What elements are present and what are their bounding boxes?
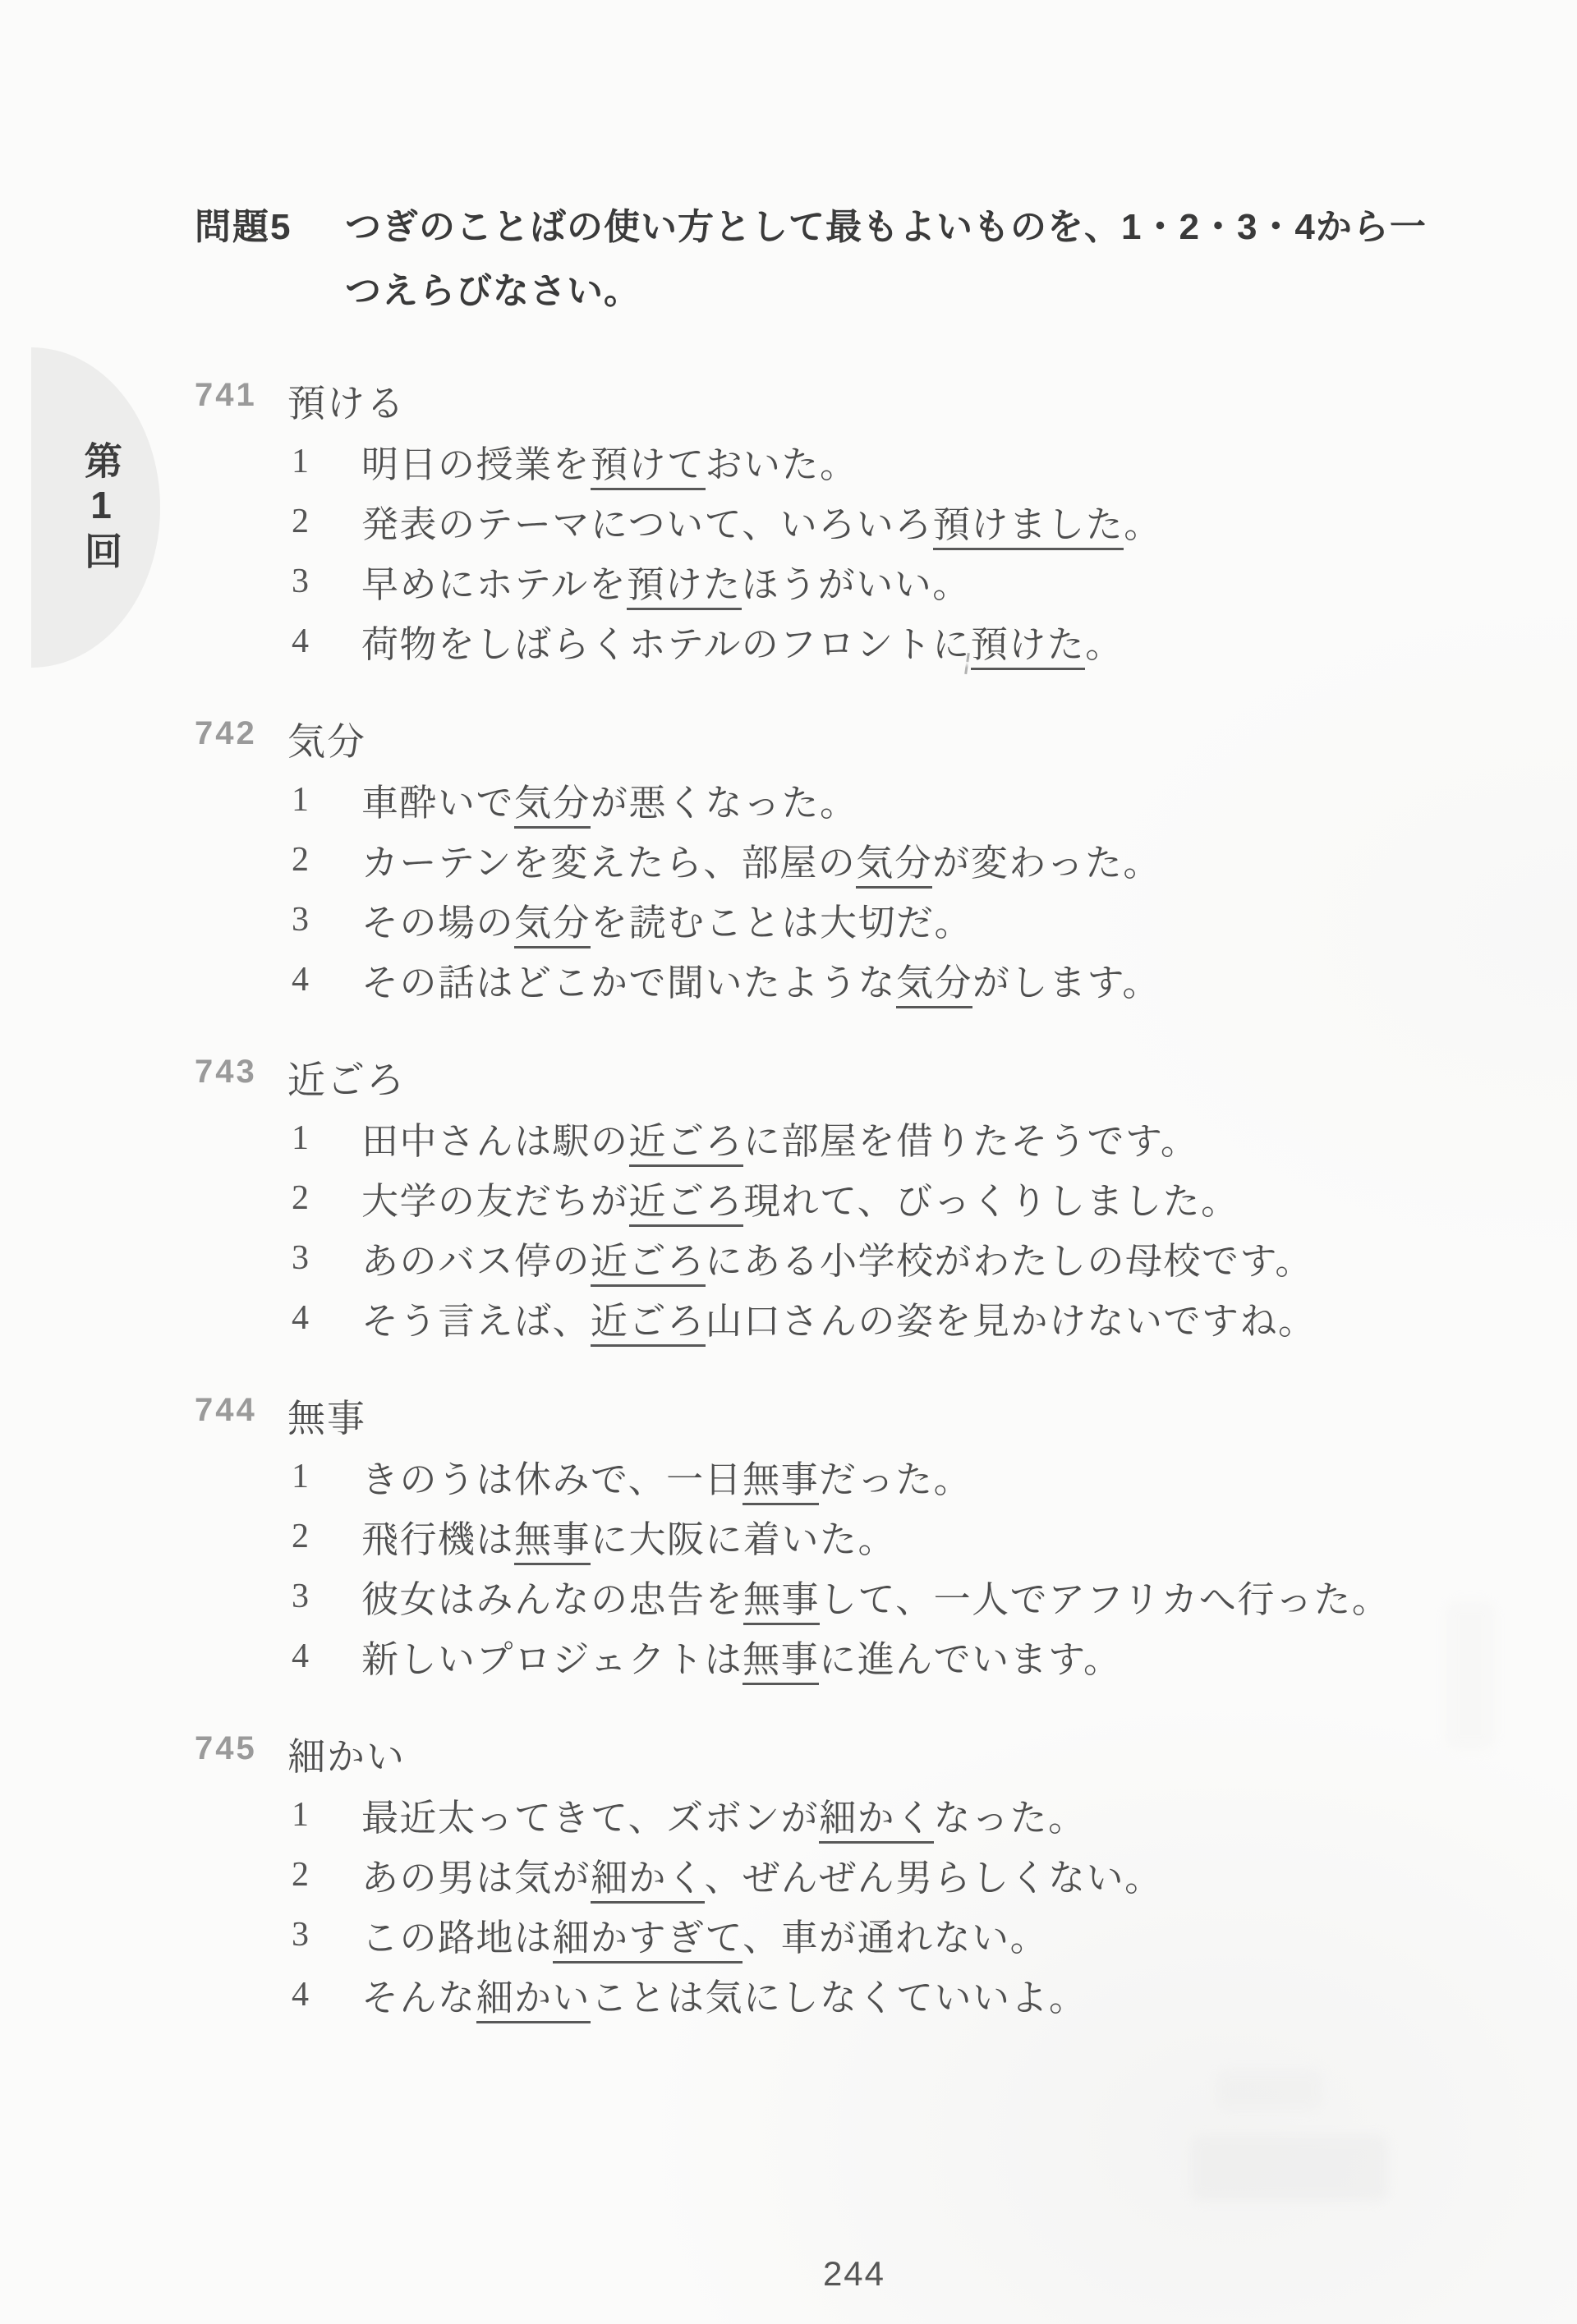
- option-pre: 彼女はみんなの忠告を: [361, 1579, 743, 1620]
- option-post: して、一人でアフリカへ行った。: [820, 1579, 1390, 1620]
- question-number: 745: [195, 1727, 287, 1767]
- answer-option: 3 彼女はみんなの忠告を無事して、一人でアフリカへ行った。: [195, 1566, 1509, 1626]
- question-block: 741 預ける 1 明日の授業を預けておいた。 2 発表のテーマについて、いろい…: [195, 374, 1509, 671]
- option-post: が悪くなった。: [591, 783, 858, 824]
- option-post: 、車が通れない。: [743, 1918, 1048, 1959]
- question-head: 741 預ける: [195, 374, 1509, 431]
- answer-option: 1 きのうは休みで、一日無事だった。: [195, 1446, 1509, 1506]
- answer-option: 4 そんな細かいことは気にしなくていいよ。: [195, 1964, 1509, 2024]
- option-post: にある小学校がわたしの母校です。: [706, 1241, 1313, 1282]
- option-number: 2: [292, 1517, 361, 1556]
- option-post: が変わった。: [932, 843, 1161, 884]
- option-post: に部屋を借りたそうです。: [743, 1121, 1198, 1162]
- option-pre: そう言えば、: [361, 1301, 591, 1342]
- question-number: 744: [195, 1389, 287, 1429]
- option-post: 山口さんの姿を見かけないですね。: [706, 1301, 1317, 1342]
- question-word: 預ける: [287, 374, 406, 428]
- option-pre: 車酔いで: [361, 783, 514, 824]
- option-pre: 荷物をしばらくホテルのフロントに: [361, 624, 971, 665]
- option-sentence: 早めにホテルを預けたほうがいい。: [361, 554, 971, 608]
- option-post: だった。: [819, 1459, 972, 1500]
- option-list: 1 田中さんは駅の近ごろに部屋を借りたそうです。 2 大学の友だちが近ごろ現れて…: [195, 1108, 1509, 1348]
- answer-option: 2 大学の友だちが近ごろ現れて、びっくりしました。: [195, 1168, 1509, 1228]
- option-target-word: 預けて: [591, 444, 706, 490]
- question-word: 無事: [287, 1389, 366, 1443]
- question-block: 744 無事 1 きのうは休みで、一日無事だった。 2 飛行機は無事に大阪に着い…: [195, 1389, 1509, 1686]
- option-target-word: 預けた: [627, 564, 742, 610]
- question-head: 745 細かい: [195, 1727, 1509, 1784]
- option-sentence: 飛行機は無事に大阪に着いた。: [361, 1509, 896, 1563]
- question-number: 743: [195, 1050, 287, 1091]
- option-pre: その話はどこかで聞いたような: [361, 962, 896, 1004]
- option-sentence: そう言えば、近ごろ山口さんの姿を見かけないですね。: [361, 1291, 1317, 1344]
- option-sentence: 彼女はみんなの忠告を無事して、一人でアフリカへ行った。: [361, 1569, 1390, 1623]
- option-sentence: 荷物をしばらくホテルのフロントに預けた。: [361, 614, 1124, 668]
- option-target-word: 無事: [743, 1579, 820, 1625]
- scan-smudge: [1191, 2135, 1388, 2201]
- option-list: 1 車酔いで気分が悪くなった。 2 カーテンを変えたら、部屋の気分が変わった。 …: [195, 769, 1509, 1009]
- option-target-word: 細かく: [591, 1858, 705, 1904]
- answer-option: 3 この路地は細かすぎて、車が通れない。: [195, 1904, 1509, 1964]
- answer-option: 1 車酔いで気分が悪くなった。: [195, 769, 1509, 829]
- option-pre: 田中さんは駅の: [361, 1121, 629, 1162]
- answer-option: 4 荷物をしばらくホテルのフロントに預けた。: [195, 611, 1509, 671]
- option-post: 現れて、びっくりしました。: [743, 1181, 1239, 1222]
- option-sentence: そんな細かいことは気にしなくていいよ。: [361, 1968, 1087, 2021]
- option-sentence: カーテンを変えたら、部屋の気分が変わった。: [361, 833, 1161, 886]
- option-post: ほうがいい。: [742, 564, 971, 605]
- answer-option: 2 発表のテーマについて、いろいろ預けました。: [195, 491, 1509, 551]
- option-number: 3: [292, 1915, 361, 1954]
- option-pre: 発表のテーマについて、いろいろ: [361, 504, 933, 545]
- option-sentence: 車酔いで気分が悪くなった。: [361, 773, 858, 826]
- option-target-word: 無事: [743, 1639, 819, 1685]
- answer-option: 4 そう言えば、近ごろ山口さんの姿を見かけないですね。: [195, 1288, 1509, 1348]
- option-number: 3: [292, 1238, 361, 1278]
- option-post: ことは気にしなくていいよ。: [591, 1977, 1087, 2019]
- option-pre: 新しいプロジェクトは: [361, 1639, 743, 1680]
- option-sentence: その話はどこかで聞いたような気分がします。: [361, 953, 1161, 1006]
- option-sentence: 田中さんは駅の近ごろに部屋を借りたそうです。: [361, 1111, 1198, 1164]
- answer-option: 3 あのバス停の近ごろにある小学校がわたしの母校です。: [195, 1228, 1509, 1288]
- questions: 741 預ける 1 明日の授業を預けておいた。 2 発表のテーマについて、いろい…: [195, 374, 1509, 2065]
- instruction-line-2: つえらびなさい。: [345, 259, 1427, 324]
- option-sentence: 明日の授業を預けておいた。: [361, 434, 858, 488]
- option-number: 2: [292, 1855, 361, 1895]
- option-target-word: 細かすぎて: [553, 1918, 743, 1963]
- option-pre: 最近太ってきて、ズボンが: [361, 1798, 819, 1839]
- option-pre: そんな: [361, 1977, 476, 2019]
- option-pre: きのうは休みで、一日: [361, 1459, 743, 1500]
- option-post: を読むことは大切だ。: [591, 903, 972, 944]
- option-target-word: 気分: [856, 843, 932, 889]
- question-block: 743 近ごろ 1 田中さんは駅の近ごろに部屋を借りたそうです。 2 大学の友だ…: [195, 1050, 1509, 1348]
- option-target-word: 近ごろ: [591, 1241, 706, 1287]
- option-number: 4: [292, 1975, 361, 2014]
- option-number: 1: [292, 1795, 361, 1835]
- instruction-line-1: つぎのことばの使い方として最もよいものを、1・2・3・4から一: [345, 195, 1427, 259]
- answer-option: 3 早めにホテルを預けたほうがいい。: [195, 551, 1509, 611]
- answer-option: 1 最近太ってきて、ズボンが細かくなった。: [195, 1784, 1509, 1844]
- option-target-word: 無事: [514, 1519, 591, 1565]
- option-pre: 早めにホテルを: [361, 564, 627, 605]
- scan-smudge: [1216, 2069, 1322, 2110]
- option-sentence: あの男は気が細かく、ぜんぜん男らしくない。: [361, 1848, 1163, 1901]
- option-number: 4: [292, 1637, 361, 1676]
- answer-option: 2 あの男は気が細かく、ぜんぜん男らしくない。: [195, 1844, 1509, 1904]
- option-post: 。: [1085, 624, 1124, 665]
- page-number: 244: [788, 2254, 920, 2294]
- option-post: がします。: [972, 962, 1161, 1004]
- option-pre: カーテンを変えたら、部屋の: [361, 843, 856, 884]
- section-tab-label: 第1回: [74, 441, 128, 574]
- option-list: 1 最近太ってきて、ズボンが細かくなった。 2 あの男は気が細かく、ぜんぜん男ら…: [195, 1784, 1509, 2024]
- option-number: 3: [292, 900, 361, 939]
- option-number: 4: [292, 960, 361, 999]
- question-block: 742 気分 1 車酔いで気分が悪くなった。 2 カーテンを変えたら、部屋の気分…: [195, 712, 1509, 1009]
- option-number: 4: [292, 622, 361, 661]
- option-number: 3: [292, 1577, 361, 1616]
- option-number: 1: [292, 1457, 361, 1496]
- question-number: 741: [195, 374, 287, 414]
- option-target-word: 預けました: [933, 504, 1124, 550]
- option-pre: 大学の友だちが: [361, 1181, 629, 1222]
- option-number: 1: [292, 780, 361, 820]
- option-target-word: 預けた: [971, 624, 1086, 670]
- option-post: おいた。: [706, 444, 858, 485]
- question-head: 744 無事: [195, 1389, 1509, 1446]
- question-head: 743 近ごろ: [195, 1050, 1509, 1108]
- answer-option: 2 カーテンを変えたら、部屋の気分が変わった。: [195, 829, 1509, 889]
- option-pre: 明日の授業を: [361, 444, 591, 485]
- workbook-page: { "page": { "number": "244", "tab_label"…: [0, 0, 1577, 2324]
- option-sentence: きのうは休みで、一日無事だった。: [361, 1449, 972, 1503]
- question-word: 細かい: [287, 1727, 406, 1781]
- option-sentence: 最近太ってきて、ズボンが細かくなった。: [361, 1788, 1087, 1841]
- problem-instruction: つぎのことばの使い方として最もよいものを、1・2・3・4から一 つえらびなさい。: [345, 195, 1427, 324]
- answer-option: 1 田中さんは駅の近ごろに部屋を借りたそうです。: [195, 1108, 1509, 1168]
- option-pre: この路地は: [361, 1918, 553, 1959]
- option-number: 2: [292, 1178, 361, 1218]
- option-target-word: 細かく: [819, 1798, 934, 1844]
- option-sentence: 発表のテーマについて、いろいろ預けました。: [361, 494, 1162, 548]
- option-number: 1: [292, 1118, 361, 1158]
- question-block: 745 細かい 1 最近太ってきて、ズボンが細かくなった。 2 あの男は気が細か…: [195, 1727, 1509, 2024]
- question-head: 742 気分: [195, 712, 1509, 769]
- option-post: 。: [1124, 504, 1162, 545]
- question-number: 742: [195, 712, 287, 752]
- option-number: 2: [292, 840, 361, 880]
- option-target-word: 近ごろ: [629, 1181, 744, 1227]
- answer-option: 4 その話はどこかで聞いたような気分がします。: [195, 949, 1509, 1009]
- option-list: 1 明日の授業を預けておいた。 2 発表のテーマについて、いろいろ預けました。 …: [195, 431, 1509, 671]
- answer-option: 3 その場の気分を読むことは大切だ。: [195, 889, 1509, 949]
- section-tab-round-1: 第1回: [31, 347, 160, 668]
- answer-option: 4 新しいプロジェクトは無事に進んでいます。: [195, 1626, 1509, 1686]
- option-post: に進んでいます。: [819, 1639, 1121, 1680]
- option-target-word: 気分: [514, 903, 591, 948]
- option-sentence: 新しいプロジェクトは無事に進んでいます。: [361, 1629, 1122, 1683]
- problem-number-label: 問題5: [195, 195, 345, 259]
- question-word: 近ごろ: [287, 1050, 406, 1105]
- option-number: 2: [292, 502, 361, 541]
- option-pre: あのバス停の: [361, 1241, 591, 1282]
- option-post: に大阪に着いた。: [591, 1519, 896, 1560]
- option-post: 、ぜんぜん男らしくない。: [705, 1858, 1163, 1899]
- answer-option: 2 飛行機は無事に大阪に着いた。: [195, 1506, 1509, 1566]
- option-target-word: 近ごろ: [591, 1301, 706, 1347]
- option-sentence: あのバス停の近ごろにある小学校がわたしの母校です。: [361, 1231, 1313, 1284]
- option-pre: 飛行機は: [361, 1519, 514, 1560]
- problem-header: 問題5 つぎのことばの使い方として最もよいものを、1・2・3・4から一 つえらび…: [195, 195, 1542, 324]
- option-post: なった。: [934, 1798, 1087, 1839]
- option-sentence: 大学の友だちが近ごろ現れて、びっくりしました。: [361, 1171, 1239, 1224]
- option-target-word: 無事: [743, 1459, 819, 1505]
- option-pre: その場の: [361, 903, 514, 944]
- option-list: 1 きのうは休みで、一日無事だった。 2 飛行機は無事に大阪に着いた。 3 彼女…: [195, 1446, 1509, 1686]
- option-target-word: 細かい: [476, 1977, 591, 2023]
- option-number: 4: [292, 1298, 361, 1338]
- option-sentence: その場の気分を読むことは大切だ。: [361, 893, 972, 946]
- answer-option: 1 明日の授業を預けておいた。: [195, 431, 1509, 491]
- option-number: 3: [292, 562, 361, 601]
- option-number: 1: [292, 442, 361, 481]
- option-target-word: 気分: [514, 783, 591, 829]
- option-sentence: この路地は細かすぎて、車が通れない。: [361, 1908, 1048, 1961]
- option-target-word: 近ごろ: [629, 1121, 744, 1167]
- option-pre: あの男は気が: [361, 1858, 591, 1899]
- question-word: 気分: [287, 712, 366, 766]
- option-target-word: 気分: [896, 962, 972, 1008]
